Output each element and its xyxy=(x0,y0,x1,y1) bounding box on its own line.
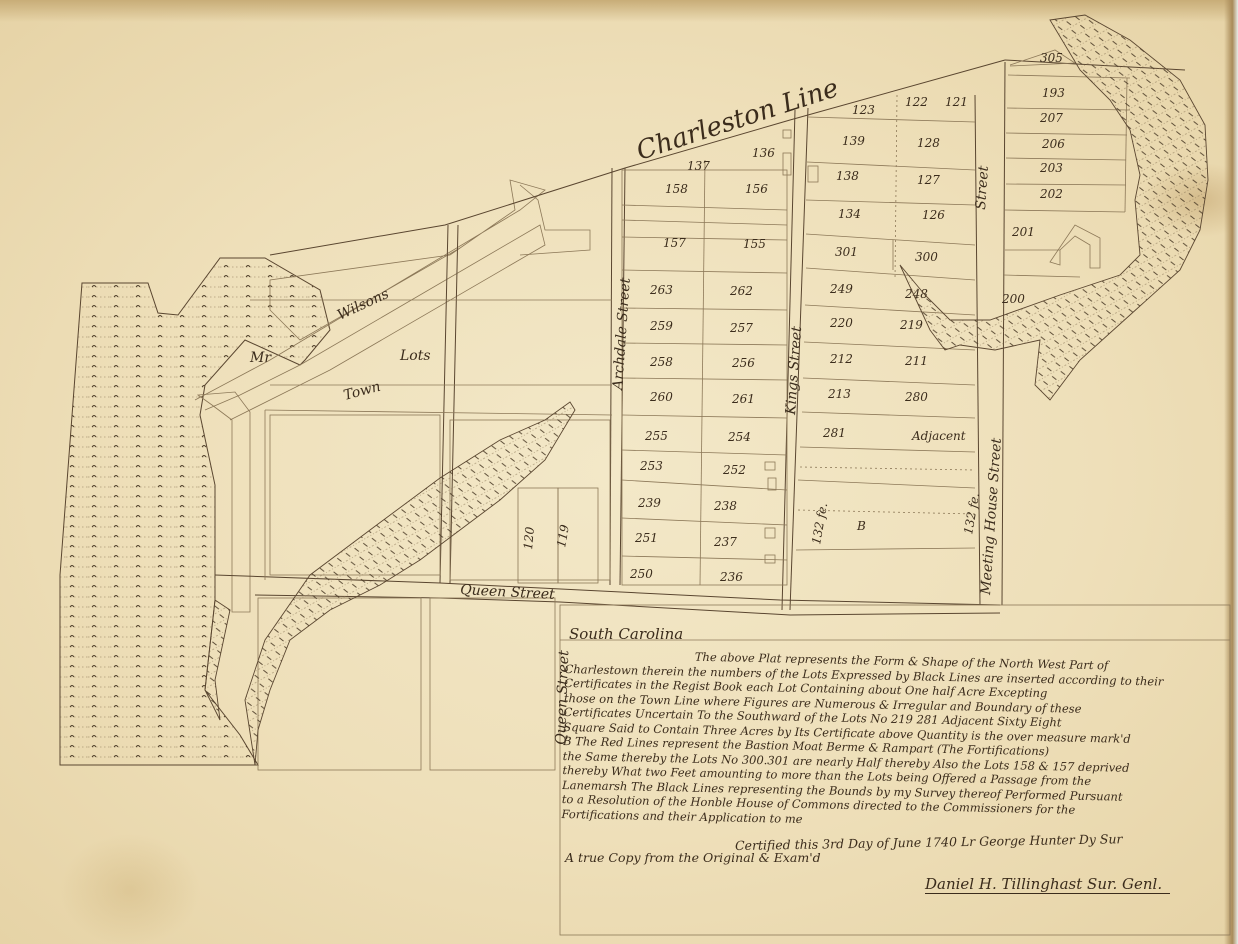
lot-258: 258 xyxy=(649,355,673,369)
certificate-text-block: South Carolina The above Plat represents… xyxy=(565,625,1233,894)
upper-street-label: Street xyxy=(973,165,992,210)
mr-label: Mr xyxy=(249,350,272,366)
lot-200: 200 xyxy=(1001,292,1025,306)
adjacent-note: Adjacent xyxy=(911,429,966,443)
lot-236: 236 xyxy=(719,570,743,584)
lot-202: 202 xyxy=(1039,187,1063,201)
lot-255: 255 xyxy=(644,429,668,443)
lot-201: 201 xyxy=(1011,225,1035,239)
lot-155: 155 xyxy=(743,237,766,251)
lot-256: 256 xyxy=(731,356,755,370)
certificate-state: South Carolina xyxy=(569,625,1233,643)
lot-237: 237 xyxy=(713,535,737,549)
lot-139: 139 xyxy=(842,134,865,148)
town-label: Town xyxy=(342,379,383,404)
lot-300: 300 xyxy=(915,250,938,264)
lot-257: 257 xyxy=(729,321,753,335)
lot-121: 121 xyxy=(945,95,968,109)
queen-street-label: Queen Street xyxy=(460,582,556,603)
lot-158: 158 xyxy=(665,182,688,196)
lot-263: 263 xyxy=(649,283,673,297)
lots-label: Lots xyxy=(399,348,431,364)
charleston-line-label: Charleston Line xyxy=(633,73,842,167)
lot-156: 156 xyxy=(745,182,768,196)
lot-207: 207 xyxy=(1039,111,1063,125)
lot-301: 301 xyxy=(835,245,858,259)
lot-120: 120 xyxy=(521,526,537,550)
lot-212: 212 xyxy=(829,352,853,366)
block-b-label: B xyxy=(856,519,866,533)
meeting-house-street-label: Meeting House Street xyxy=(978,437,1005,596)
lot-252: 252 xyxy=(722,463,746,477)
kings-street-label: Kings Street xyxy=(783,325,805,416)
lot-305: 305 xyxy=(1040,51,1063,65)
lot-134: 134 xyxy=(838,207,861,221)
west-marsh xyxy=(60,258,330,765)
lot-123: 123 xyxy=(852,103,875,117)
lot-137: 137 xyxy=(687,159,710,173)
certificate-body: The above Plat represents the Form & Sha… xyxy=(561,647,1232,835)
lot-122: 122 xyxy=(905,95,928,109)
lot-262: 262 xyxy=(729,284,753,298)
lot-261: 261 xyxy=(731,392,755,406)
lot-206: 206 xyxy=(1041,137,1065,151)
west-lot-block: 137 136 158 156 157 155 263 262 259 257 … xyxy=(622,130,791,585)
lot-127: 127 xyxy=(917,173,940,187)
lot-126: 126 xyxy=(922,208,945,222)
archdale-street-label: Archdale Street xyxy=(610,277,634,392)
lot-281: 281 xyxy=(822,426,846,440)
surveyor-signature: Daniel H. Tillinghast Sur. Genl. xyxy=(925,875,1170,894)
lot-253: 253 xyxy=(639,459,663,473)
lot-138: 138 xyxy=(836,169,859,183)
lot-280: 280 xyxy=(904,390,928,404)
lot-254: 254 xyxy=(727,430,751,444)
lot-259: 259 xyxy=(649,319,673,333)
lot-239: 239 xyxy=(637,496,661,510)
width-left-label: 132 fe. xyxy=(809,502,830,546)
lot-157: 157 xyxy=(663,236,686,250)
lot-249: 249 xyxy=(829,282,853,296)
lot-203: 203 xyxy=(1039,161,1063,175)
lot-220: 220 xyxy=(829,316,853,330)
lot-128: 128 xyxy=(917,136,940,150)
lot-136: 136 xyxy=(752,146,775,160)
lot-219: 219 xyxy=(899,318,923,332)
lot-213: 213 xyxy=(827,387,851,401)
lot-251: 251 xyxy=(634,531,658,545)
lot-211: 211 xyxy=(904,354,928,368)
lot-193: 193 xyxy=(1042,86,1065,100)
lot-238: 238 xyxy=(713,499,737,513)
wilsons-label: Wilsons xyxy=(335,286,392,324)
lot-119: 119 xyxy=(554,523,572,548)
lot-260: 260 xyxy=(649,390,673,404)
lot-250: 250 xyxy=(629,567,653,581)
